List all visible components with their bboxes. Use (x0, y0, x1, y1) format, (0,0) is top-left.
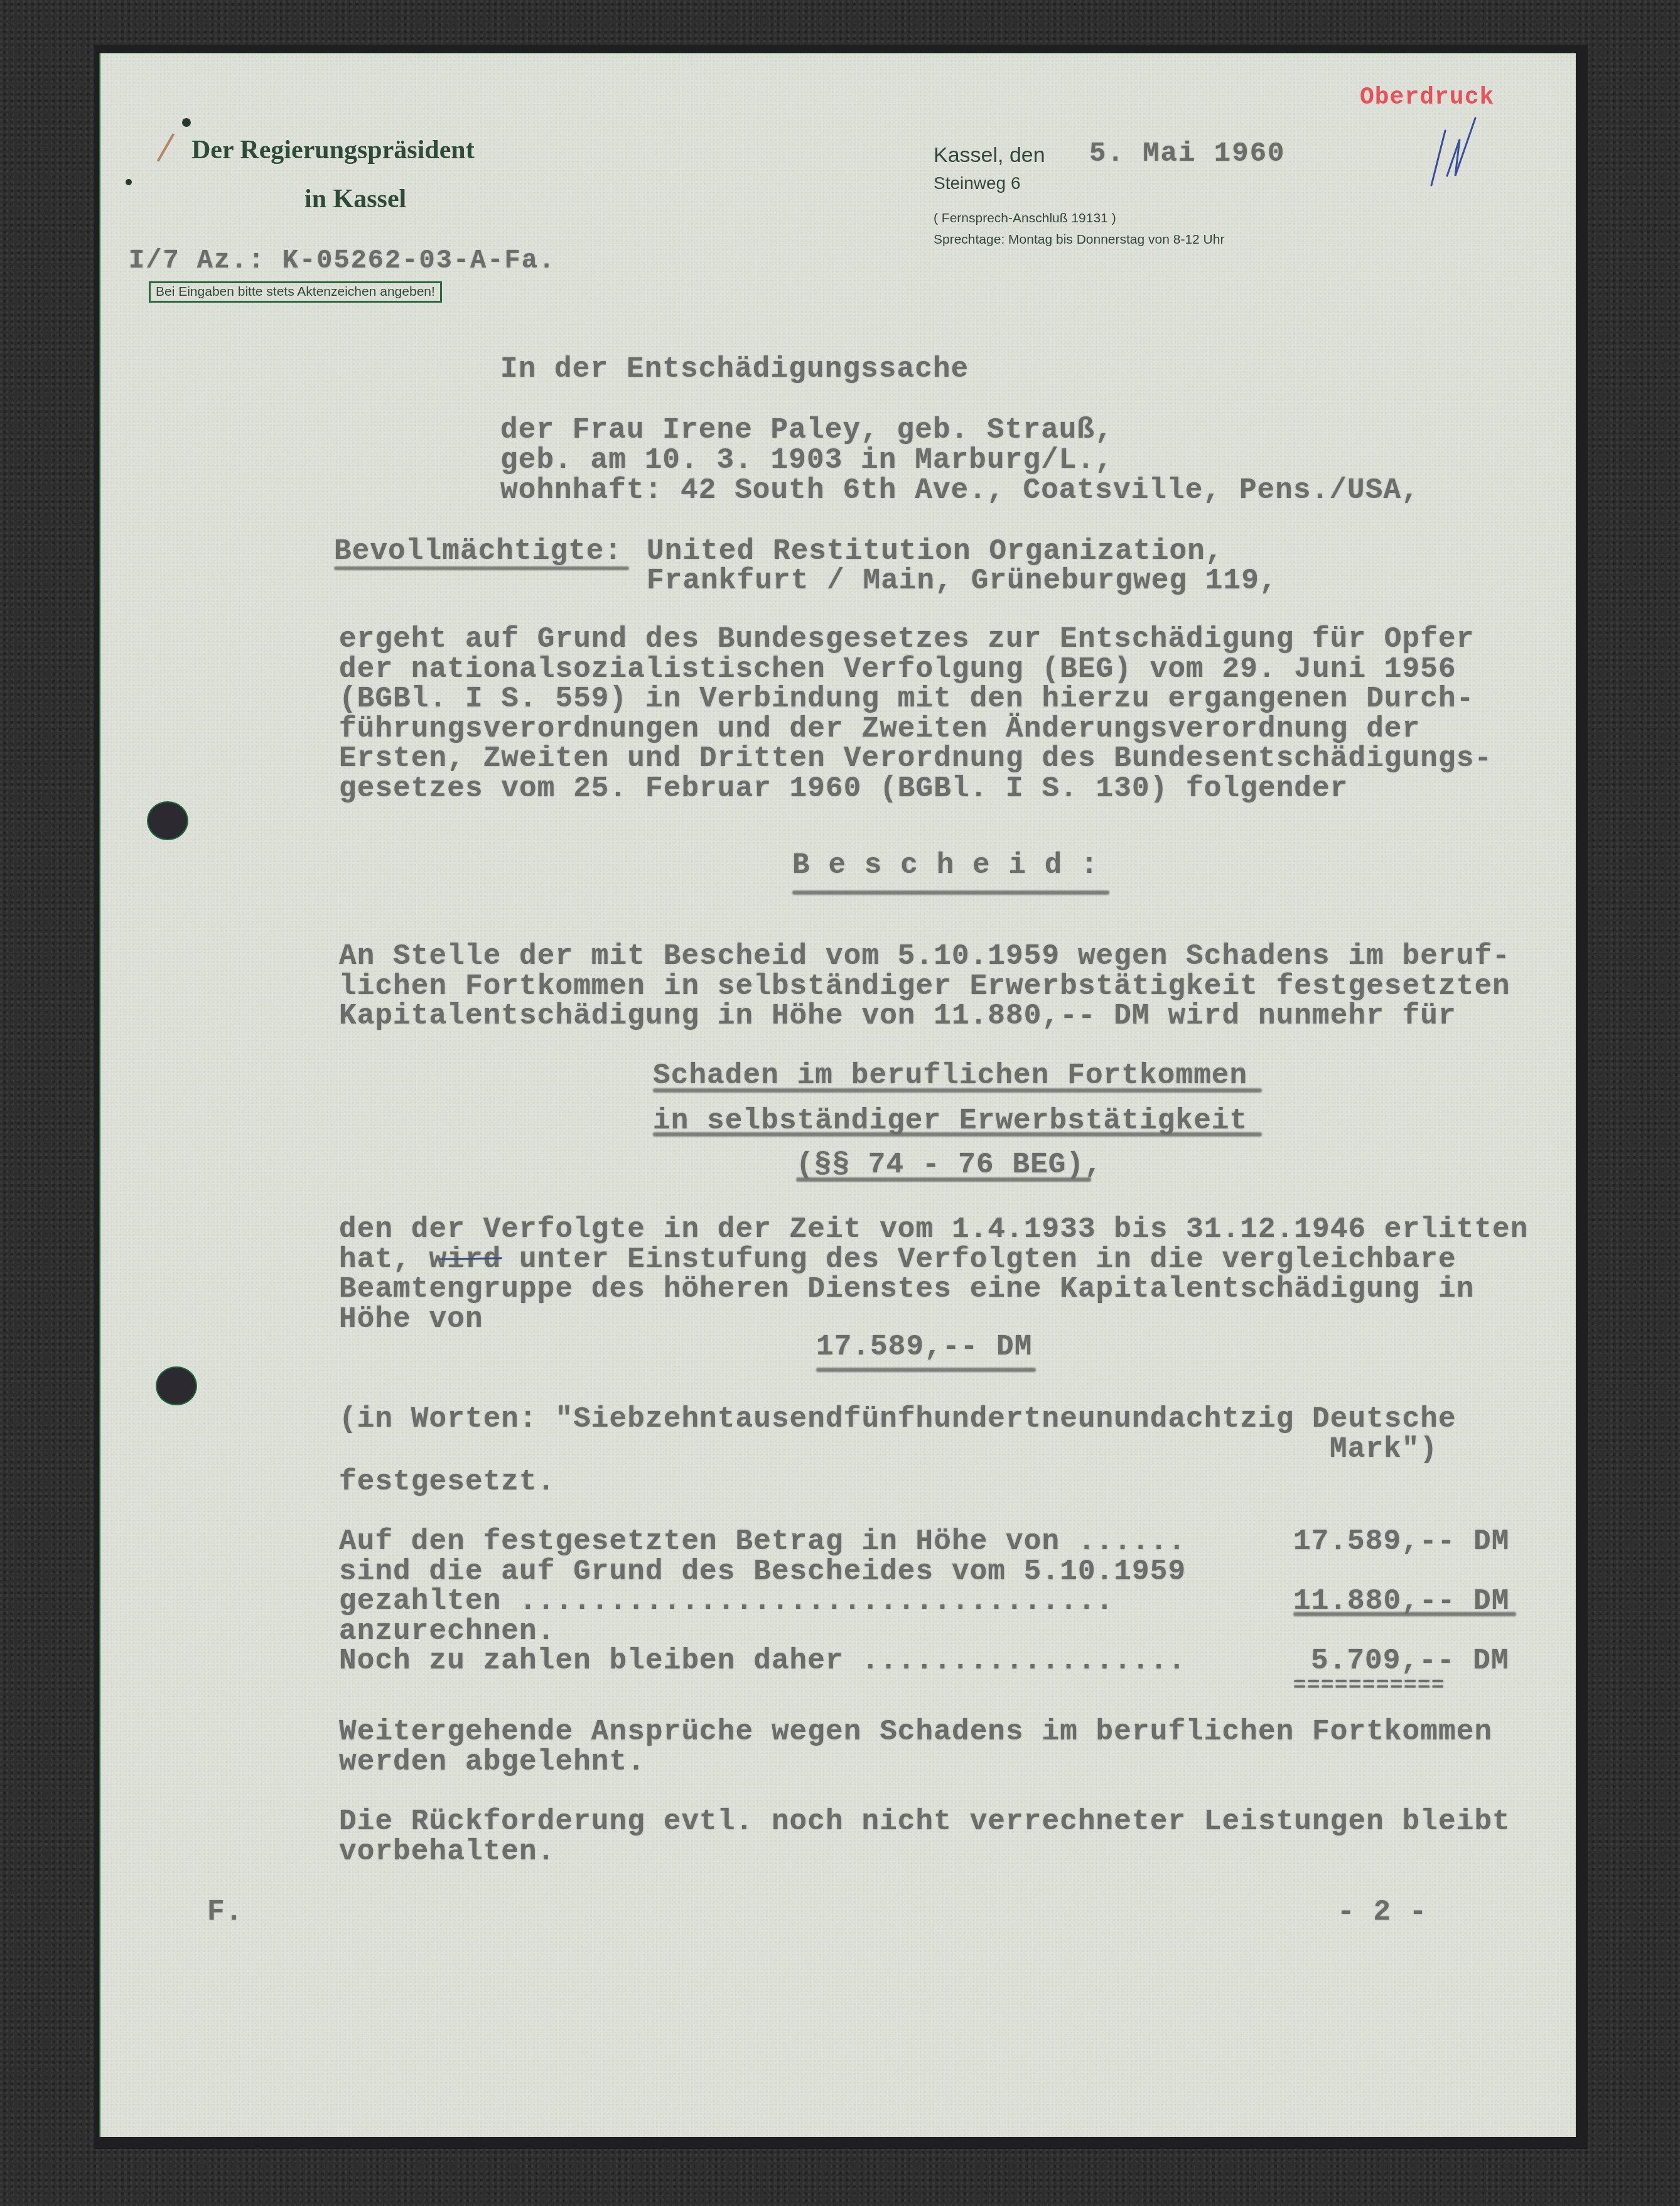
file-reference: I/7 Az.: K-05262-03-A-Fa. (129, 246, 556, 276)
subject-line: Schaden im beruflichen Fortkommen (653, 1061, 1247, 1091)
claimant-line: der Frau Irene Paley, geb. Strauß, (500, 416, 1113, 446)
decision-line: hat, wird unter Einstufung des Verfolgte… (339, 1245, 1457, 1275)
intro-line: lichen Fortkommen in selbständiger Erwer… (339, 972, 1510, 1002)
representative-line: Frankfurt / Main, Grüneburgweg 119, (647, 566, 1278, 597)
calc-label: Noch zu zahlen bleiben daher ...........… (339, 1646, 1186, 1677)
decision-line: den der Verfolgte in der Zeit vom 1.4.19… (339, 1215, 1529, 1245)
calc-label: sind die auf Grund des Bescheides vom 5.… (339, 1557, 1186, 1587)
calc-label: anzurechnen. (339, 1617, 555, 1647)
preamble-line: gesetzes vom 25. Februar 1960 (BGBl. I S… (339, 774, 1348, 804)
claimant-line: geb. am 10. 3. 1903 in Marburg/L., (500, 446, 1113, 476)
street-address: Steinweg 6 (934, 173, 1021, 193)
office-hours: Sprechtage: Montag bis Donnerstag von 8-… (934, 232, 1224, 247)
punch-hole-top (148, 803, 187, 839)
decision-heading: B e s c h e i d : (792, 851, 1099, 881)
subject-underline (796, 1177, 1091, 1182)
decision-line-prefix: hat, (339, 1243, 429, 1276)
intro-line: An Stelle der mit Bescheid vom 5.10.1959… (339, 942, 1510, 972)
authority-city: in Kassel (304, 184, 406, 214)
claimant-line: wohnhaft: 42 South 6th Ave., Coatsville,… (500, 476, 1419, 506)
subject-line: (§§ 74 - 76 BEG), (796, 1150, 1102, 1181)
preamble-line: Ersten, Zweiten und Dritten Verordnung d… (339, 744, 1492, 774)
reservation-line: vorbehalten. (339, 1837, 555, 1868)
subject-underline (653, 1088, 1262, 1093)
decision-line: Beamtengruppe des höheren Dienstes eine … (339, 1275, 1474, 1305)
preamble-line: führungsverordnungen und der Zweiten Änd… (339, 715, 1420, 745)
reservation-line: Die Rückforderung evtl. noch nicht verre… (339, 1807, 1510, 1837)
staple-mark-icon (126, 179, 132, 185)
letter-date: 5. Mai 1960 (1089, 139, 1285, 170)
preamble-line: ergeht auf Grund des Bundesgesetzes zur … (339, 625, 1474, 655)
preamble-line: der nationalsozialistischen Verfolgung (… (339, 655, 1457, 685)
calc-subtotal-underline (1293, 1612, 1516, 1616)
calc-label: Auf den festgesetzten Betrag in Höhe von… (339, 1527, 1186, 1557)
awarded-amount: 17.589,-- DM (816, 1333, 1032, 1363)
amount-in-words: (in Worten: "Siebzehntausendfünfhundertn… (339, 1405, 1457, 1435)
decision-closing: festgesetzt. (339, 1468, 555, 1498)
typist-initial: F. (207, 1898, 243, 1928)
page-continuation-marker: - 2 - (1337, 1898, 1428, 1928)
authority-name: Der Regierungspräsident (191, 135, 475, 165)
reference-note: Bei Eingaben bitte stets Aktenzeichen an… (149, 281, 442, 303)
representative-label: Bevollmächtigte: (334, 537, 622, 567)
intro-line: Kapitalentschädigung in Höhe von 11.880,… (339, 1002, 1457, 1032)
punch-hole-bottom (157, 1368, 196, 1404)
decision-line-rest: unter Einstufung des Verfolgten in die v… (501, 1243, 1456, 1276)
place-label: Kassel, den (934, 143, 1045, 168)
calc-amount: 17.589,-- DM (1293, 1527, 1509, 1557)
decision-line: Höhe von (339, 1305, 483, 1335)
phone-number: ( Fernsprech-Anschluß 19131 ) (934, 211, 1116, 226)
staple-mark-icon (182, 118, 191, 127)
calc-total-rule: =========== (1293, 1672, 1445, 1702)
subject-underline (653, 1132, 1262, 1137)
rejection-line: werden abgelehnt. (339, 1748, 645, 1778)
rejection-line: Weitergehende Ansprüche wegen Schadens i… (339, 1717, 1492, 1748)
awarded-amount-underline (816, 1368, 1036, 1372)
case-title: In der Entschädigungssache (500, 355, 969, 385)
calc-label: gezahlten ..............................… (339, 1587, 1114, 1617)
decision-heading-underline (792, 890, 1109, 895)
amount-in-words: Mark") (1330, 1435, 1438, 1465)
representative-line: United Restitution Organization, (647, 537, 1224, 567)
handwritten-mark-icon (1425, 107, 1500, 188)
preamble-line: (BGBl. I S. 559) in Verbindung mit den h… (339, 684, 1474, 715)
representative-underline (334, 566, 629, 570)
